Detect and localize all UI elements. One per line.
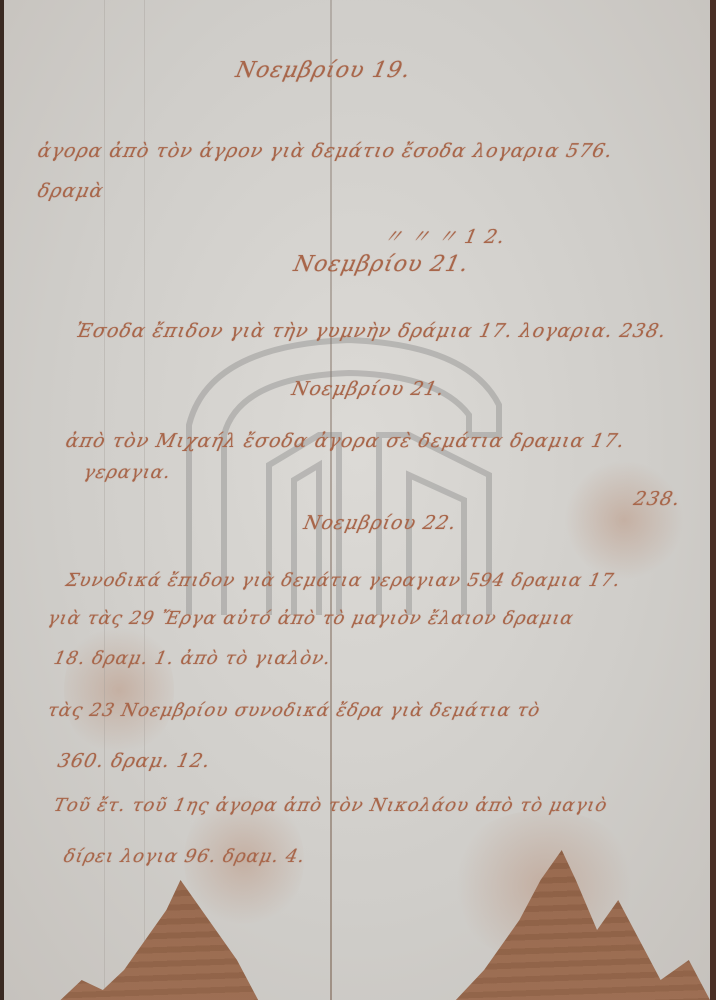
entry-amount-line: 238. <box>632 488 683 510</box>
entry-text-line: ἀπὸ τὸν Μιχαήλ ἔσοδα ἀγορα σὲ δεμάτια δρ… <box>64 430 627 452</box>
entry-text-line: Ἐσοδα ἔπιδον γιὰ τὴν γυμνὴν δράμια 17. λ… <box>74 320 669 342</box>
entry-amount-line: 360. δραμ. 12. <box>56 750 213 772</box>
entry-text-line: γεραγια. <box>82 462 173 483</box>
entry-date-heading: Νοεμβρίου 21. <box>291 252 471 277</box>
manuscript-page: Νοεμβρίου 19. ἀγορα ἀπὸ τὸν ἀγρον γιὰ δε… <box>4 0 710 1000</box>
entry-date-heading: Νοεμβρίου 21. <box>290 378 447 400</box>
age-stain <box>64 620 174 760</box>
entry-text-line: τὰς 23 Νοεμβρίου συνοδικά ἔδρα γιὰ δεμάτ… <box>46 700 543 721</box>
age-stain <box>564 460 684 580</box>
entry-text-line: γιὰ τὰς 29 Ἔργα αὐτό ἀπὸ τὸ μαγιὸν ἔλαιο… <box>46 608 576 629</box>
entry-text-line: 18. δραμ. 1. ἀπὸ τὸ γιαλὸν. <box>52 648 333 669</box>
entry-amount-line: 〃 〃 〃 1 2. <box>381 222 508 249</box>
entry-text-line: ἀγορα ἀπὸ τὸν ἀγρον γιὰ δεμάτιο ἔσοδα λο… <box>36 140 615 162</box>
photo-left-edge <box>0 0 4 1000</box>
entry-date-heading: Νοεμβρίου 22. <box>302 512 459 534</box>
entry-text-line: Συνοδικά ἔπιδον γιὰ δεμάτια γεραγιαν 594… <box>64 570 623 591</box>
photo-right-edge <box>710 0 716 1000</box>
entry-amount-line: δίρει λογια 96. δραμ. 4. <box>62 846 308 867</box>
entry-text-line: δραμὰ <box>36 180 106 202</box>
entry-date-heading: Νοεμβρίου 19. <box>233 58 413 83</box>
entry-text-line: Τοῦ ἔτ. τοῦ 1ης ἀγορα ἀπὸ τὸν Νικολάου ἀ… <box>52 795 610 816</box>
